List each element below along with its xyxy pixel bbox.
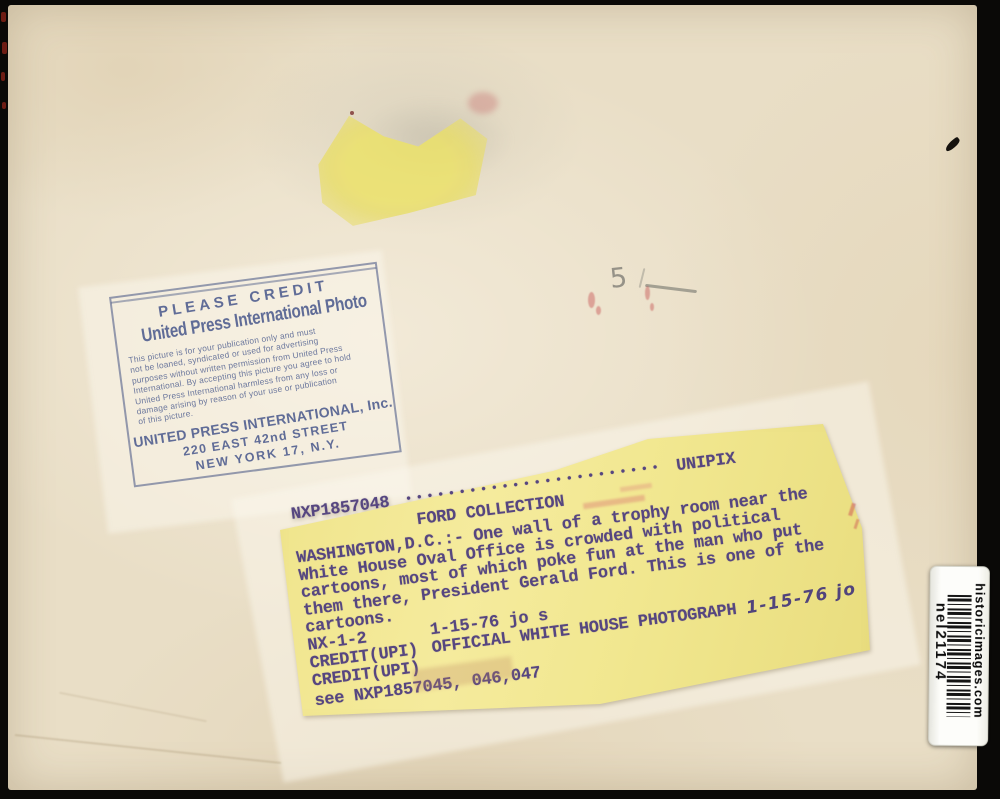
border-mark (1, 72, 5, 81)
sticker-site: historicimages.com (971, 583, 986, 719)
red-smudge (468, 92, 498, 114)
barcode-sticker: nel21174 historicimages.com (928, 566, 990, 747)
pencil-mark: 5 (608, 262, 628, 295)
red-speckle (596, 306, 601, 315)
border-mark (1, 12, 6, 22)
red-speckle (588, 292, 595, 308)
ink-dot (350, 111, 354, 115)
border-mark (2, 102, 6, 109)
caption-label: NXP1857048••••••••••••••••••••••••UNIPIX… (270, 413, 880, 728)
typed-caption: NXP1857048••••••••••••••••••••••••UNIPIX… (290, 434, 886, 711)
red-speckle (645, 286, 650, 300)
red-speckle (650, 303, 654, 311)
photo-back-scan: 5 PLEASE CREDIT United Press Internation… (0, 0, 1000, 799)
barcode (946, 595, 971, 717)
border-mark (2, 42, 7, 54)
